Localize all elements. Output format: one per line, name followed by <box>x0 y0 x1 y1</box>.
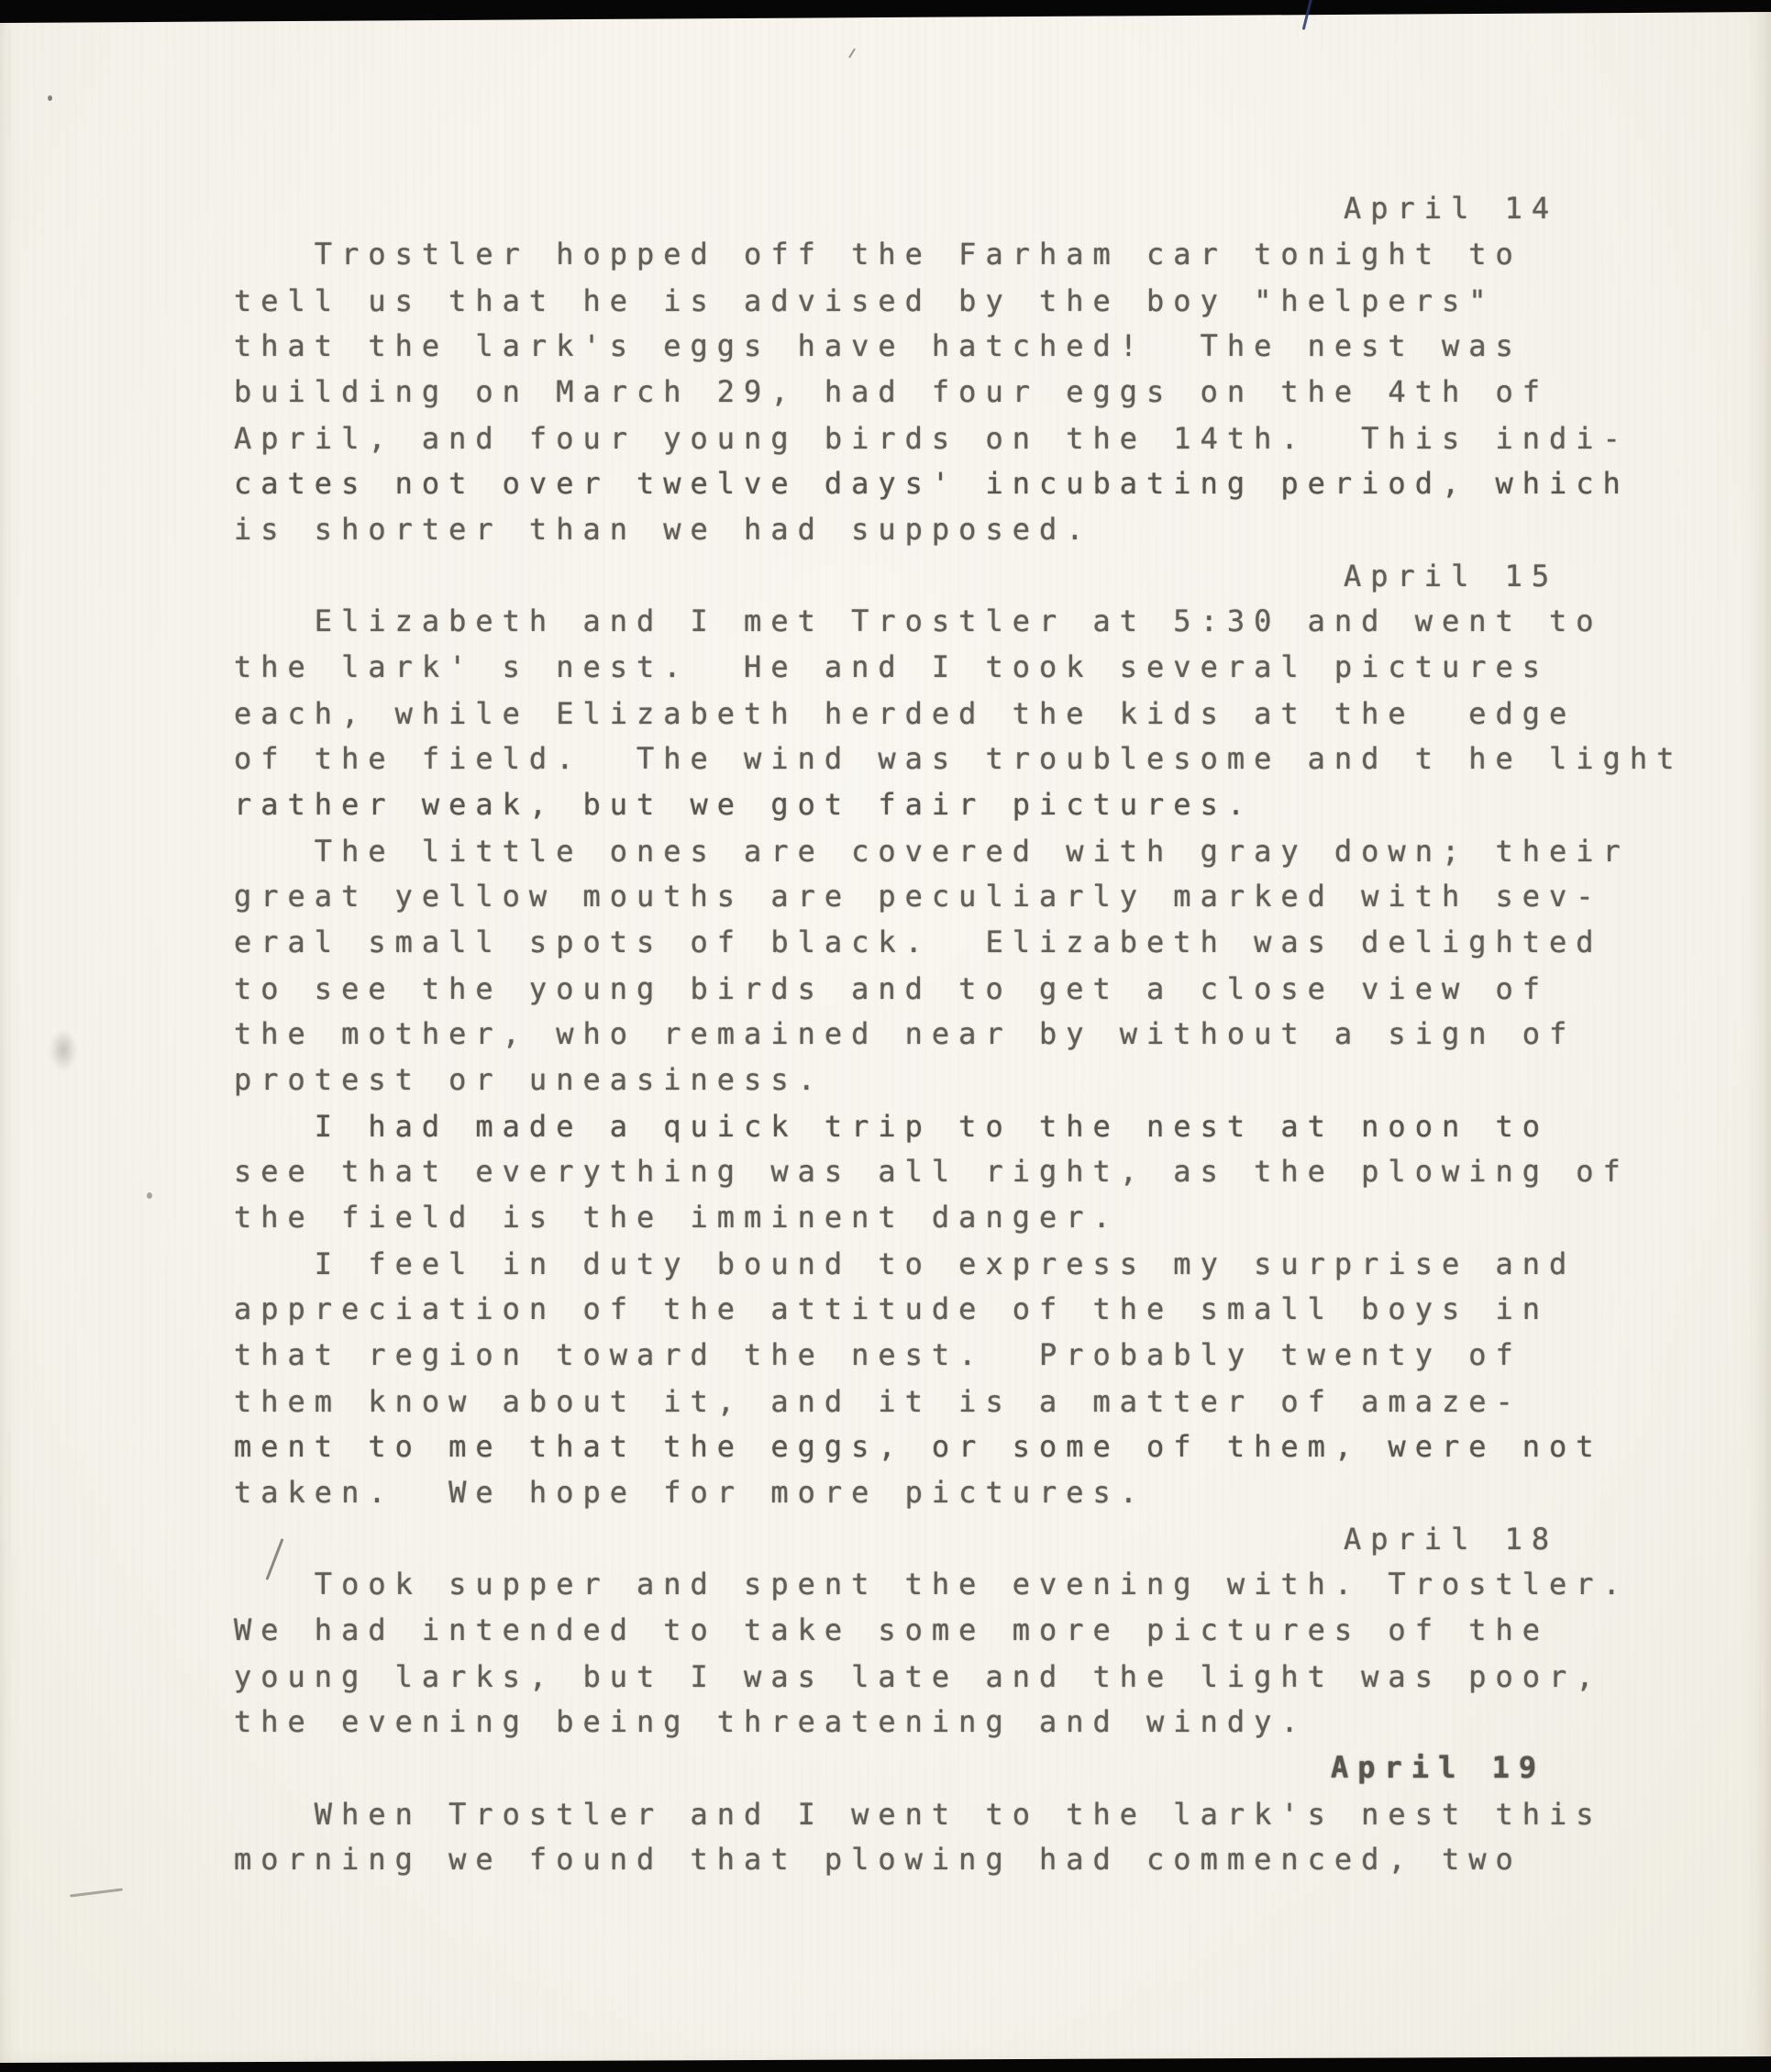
typewritten-line: is shorter than we had supposed. <box>234 506 1738 552</box>
typewritten-line: them know about it, and it is a matter o… <box>234 1379 1738 1424</box>
typewritten-line: each, while Elizabeth herded the kids at… <box>234 691 1738 737</box>
typewritten-line: April, and four young birds on the 14th.… <box>234 416 1738 461</box>
typewritten-line: appreciation of the attitude of the smal… <box>234 1286 1738 1332</box>
typewritten-line: to see the young birds and to get a clos… <box>234 966 1738 1012</box>
typewritten-line: Elizabeth and I met Trostler at 5:30 and… <box>234 598 1738 644</box>
typewritten-line: see that everything was all right, as th… <box>234 1148 1738 1194</box>
typewritten-line: cates not over twelve days' incubating p… <box>234 460 1738 506</box>
typewritten-line: young larks, but I was late and the ligh… <box>234 1654 1738 1700</box>
typewritten-line: morning we found that plowing had commen… <box>234 1836 1738 1882</box>
typewritten-line: the lark' s nest. He and I took several … <box>234 644 1738 690</box>
date-heading: April 14 <box>1344 185 1738 231</box>
typewritten-line: I had made a quick trip to the nest at n… <box>234 1103 1738 1149</box>
scanner-edge-bottom <box>0 2054 1771 2072</box>
typewritten-line: that region toward the nest. Probably tw… <box>234 1332 1738 1378</box>
typewritten-line: building on March 29, had four eggs on t… <box>234 369 1738 415</box>
date-heading: April 15 <box>1344 553 1738 599</box>
typewritten-line: great yellow mouths are peculiarly marke… <box>234 873 1738 919</box>
scanned-typewritten-page: April 14 Trostler hopped off the Farham … <box>0 0 1771 2072</box>
typewritten-line: eral small spots of black. Elizabeth was… <box>234 919 1738 965</box>
typewritten-line: When Trostler and I went to the lark's n… <box>234 1791 1738 1837</box>
typewritten-line: taken. We hope for more pictures. <box>234 1469 1738 1515</box>
paper-smudge <box>50 1029 77 1071</box>
typewritten-line: We had intended to take some more pictur… <box>234 1607 1738 1653</box>
typewritten-line: that the lark's eggs have hatched! The n… <box>234 323 1738 369</box>
ink-speck <box>147 1192 152 1199</box>
typewritten-line: the mother, who remained near by without… <box>234 1011 1738 1057</box>
typewritten-line: the field is the imminent danger. <box>234 1194 1738 1240</box>
diary-text-block: April 14 Trostler hopped off the Farham … <box>234 185 1738 1882</box>
ink-speck <box>48 95 52 101</box>
date-heading: April 19 <box>1331 1745 1738 1790</box>
scanner-edge-top <box>0 0 1771 24</box>
typewritten-line: I feel in duty bound to express my surpr… <box>234 1241 1738 1287</box>
typewritten-line: The little ones are covered with gray do… <box>234 828 1738 874</box>
typewritten-line: Trostler hopped off the Farham car tonig… <box>234 231 1738 277</box>
typewritten-line: of the field. The wind was troublesome a… <box>234 736 1738 781</box>
typewritten-line: Took supper and spent the evening with. … <box>234 1561 1738 1607</box>
ink-speck <box>848 48 856 58</box>
typewritten-line: protest or uneasiness. <box>234 1057 1738 1102</box>
pencil-dash-mark <box>70 1888 123 1897</box>
date-heading: April 18 <box>1344 1516 1738 1562</box>
typewritten-line: ment to me that the eggs, or some of the… <box>234 1424 1738 1469</box>
typewritten-line: tell us that he is advised by the boy "h… <box>234 278 1738 324</box>
typewritten-line: rather weak, but we got fair pictures. <box>234 781 1738 827</box>
typewritten-line: the evening being threatening and windy. <box>234 1699 1738 1745</box>
